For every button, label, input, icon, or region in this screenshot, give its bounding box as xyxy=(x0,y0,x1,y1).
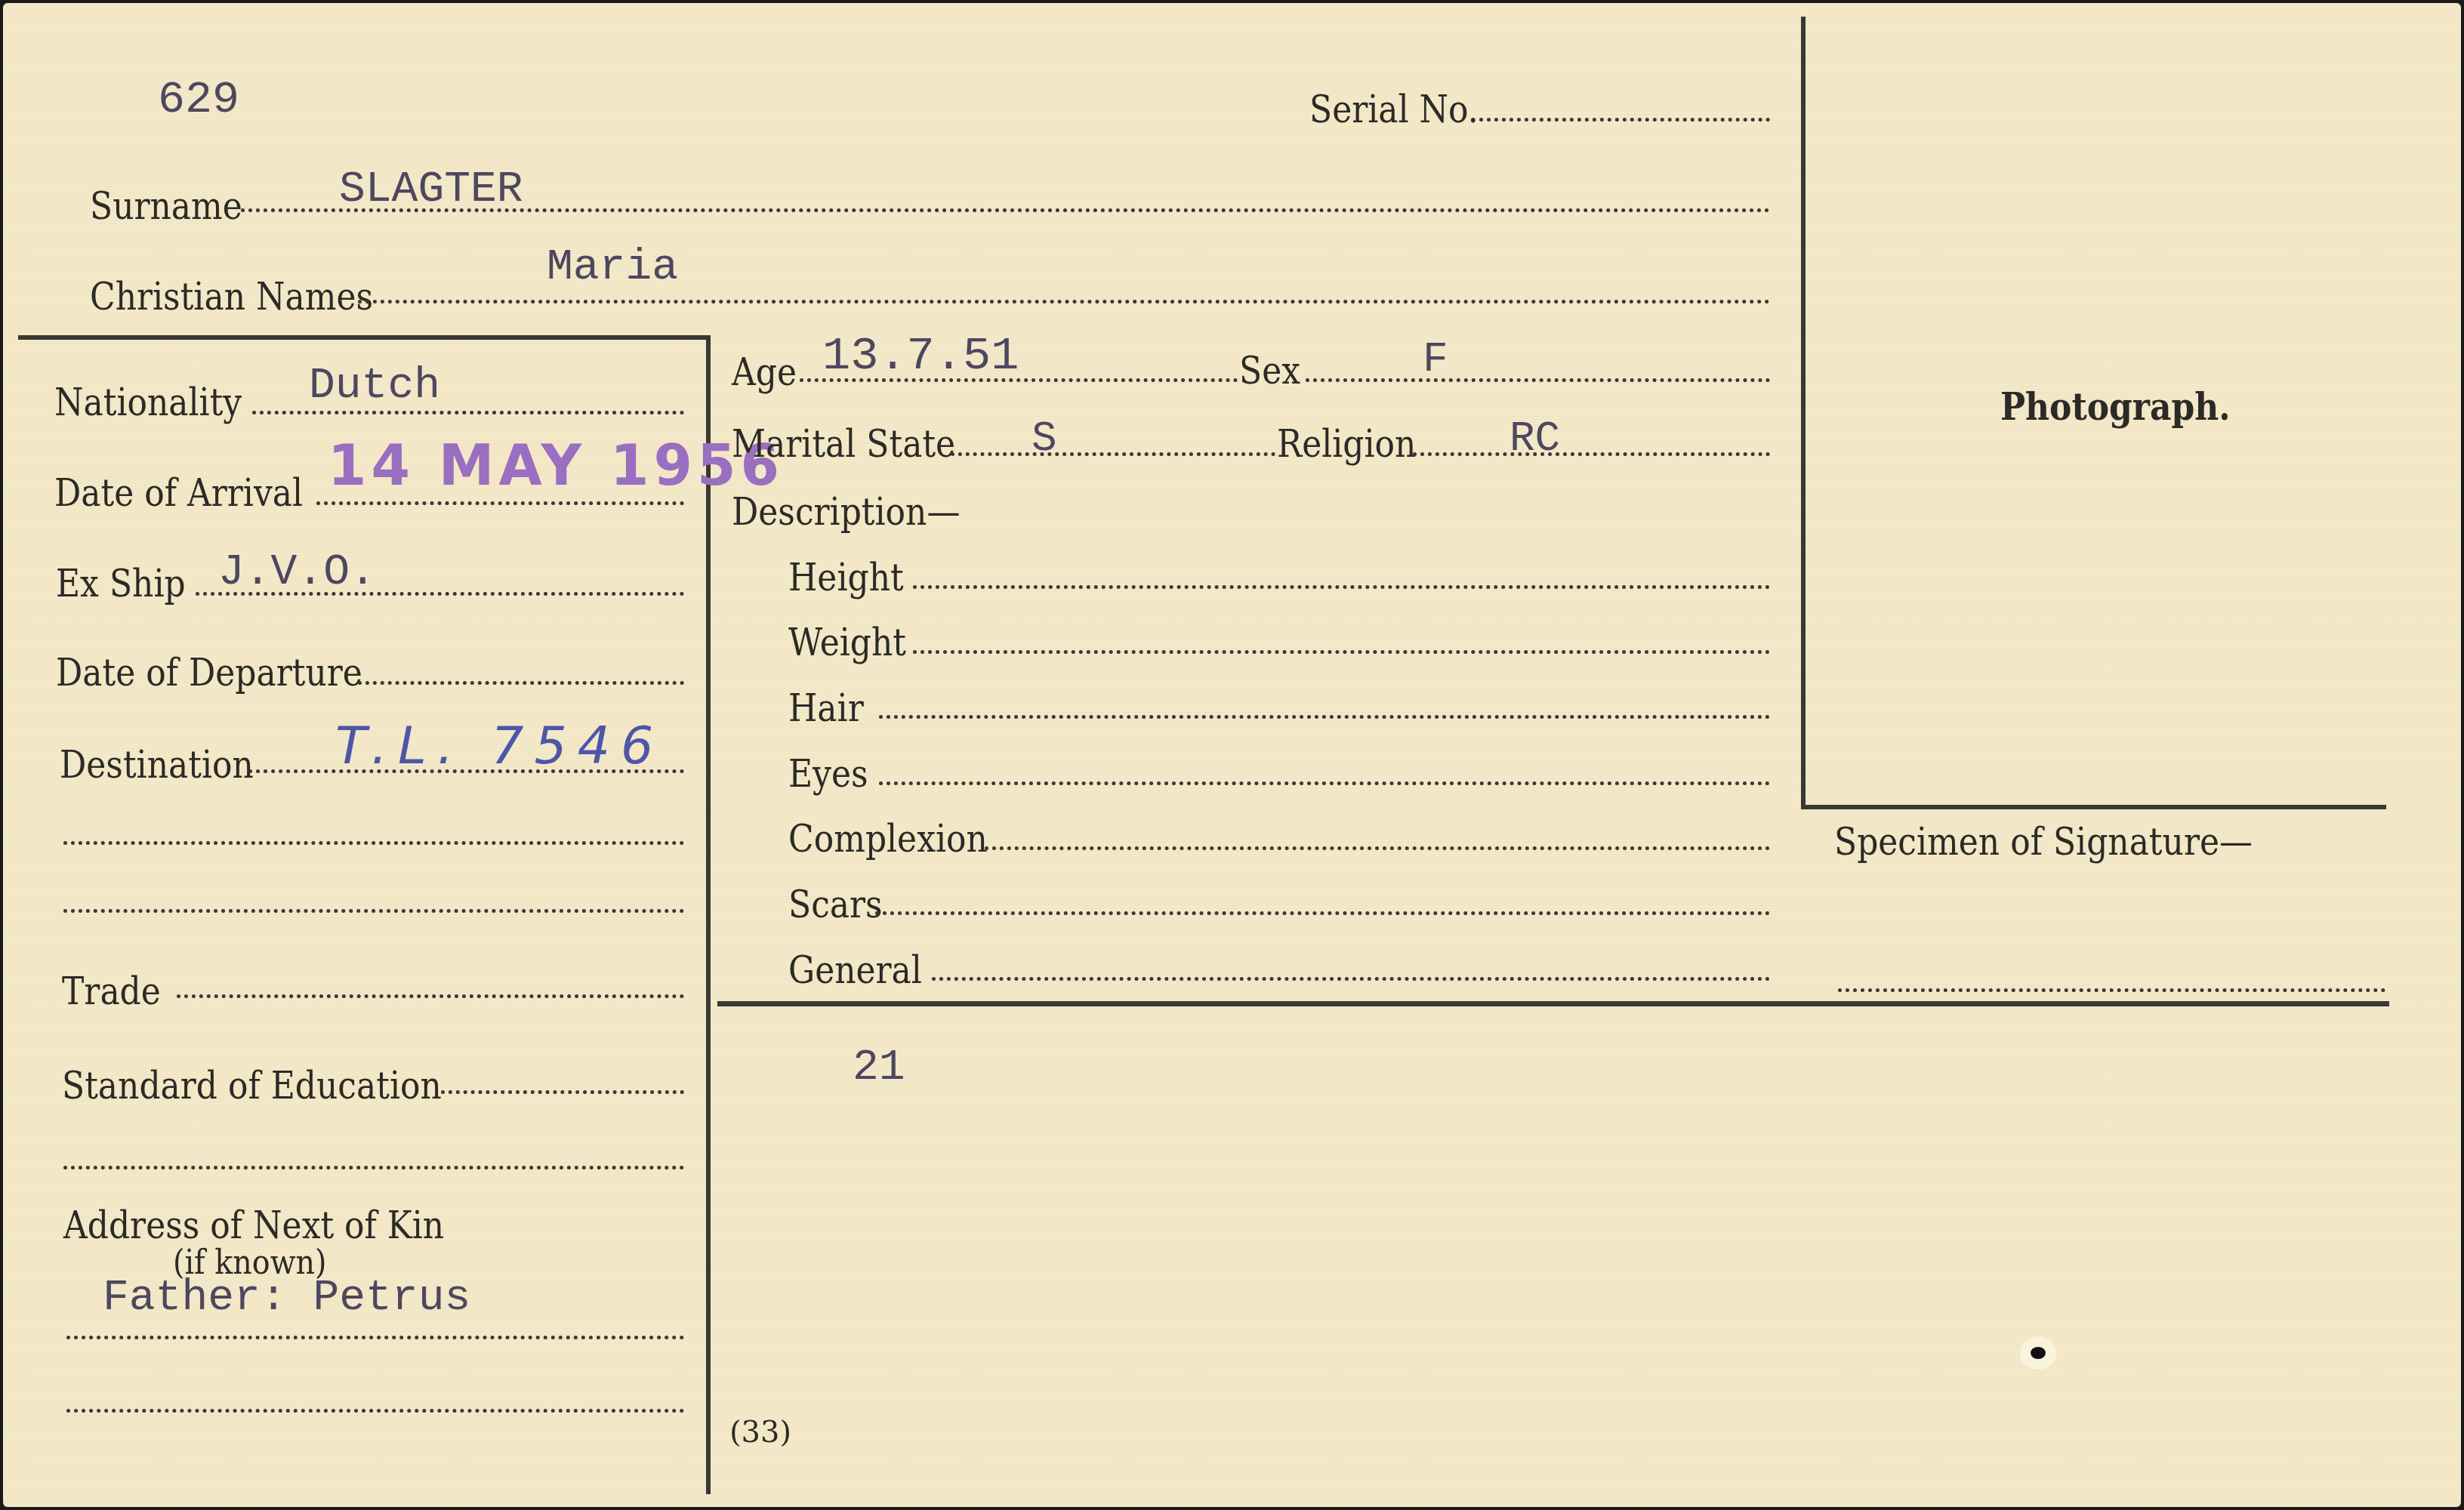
surname-value: SLAGTER xyxy=(339,165,523,214)
weight-label: Weight xyxy=(788,621,906,664)
hair-label: Hair xyxy=(788,686,864,730)
destination-value: T.L. 7546 xyxy=(335,716,664,776)
scars-field[interactable] xyxy=(875,911,1770,915)
ex-ship-label: Ex Ship xyxy=(56,562,186,606)
left-column-divider xyxy=(706,335,711,1494)
next-of-kin-field[interactable] xyxy=(66,1336,684,1339)
christian-names-field[interactable] xyxy=(358,300,1770,304)
christian-names-label: Christian Names xyxy=(90,275,373,319)
trade-field[interactable] xyxy=(177,994,684,998)
date-of-arrival-field[interactable] xyxy=(316,501,684,505)
weight-field[interactable] xyxy=(913,650,1770,654)
general-label: General xyxy=(788,948,922,992)
next-of-kin-extra-line[interactable] xyxy=(66,1409,684,1413)
header-divider xyxy=(18,335,709,340)
standard-of-education-label: Standard of Education xyxy=(62,1064,442,1108)
height-field[interactable] xyxy=(913,585,1770,589)
nationality-value: Dutch xyxy=(309,362,440,411)
general-field[interactable] xyxy=(932,977,1770,981)
form-number: (33) xyxy=(729,1415,791,1450)
date-of-departure-label: Date of Departure xyxy=(56,651,362,695)
arrival-date-stamp: 14 MAY 1956 xyxy=(328,433,784,498)
photo-box-bottom-border xyxy=(1801,805,2386,809)
signature-label: Specimen of Signature— xyxy=(1834,820,2253,864)
sex-field[interactable] xyxy=(1306,378,1770,382)
surname-field[interactable] xyxy=(241,208,1770,212)
destination-field[interactable] xyxy=(248,769,684,773)
complexion-label: Complexion xyxy=(788,817,988,861)
eyes-field[interactable] xyxy=(879,781,1770,785)
serial-no-label: Serial No. xyxy=(1309,88,1479,131)
religion-label: Religion xyxy=(1277,422,1416,466)
scars-label: Scars xyxy=(788,883,883,926)
surname-label: Surname xyxy=(90,184,242,228)
destination-label: Destination xyxy=(60,743,254,787)
sex-label: Sex xyxy=(1239,349,1300,393)
next-of-kin-label: Address of Next of Kin xyxy=(63,1203,444,1247)
photograph-area[interactable] xyxy=(1808,18,2385,803)
card-number: 629 xyxy=(158,75,239,126)
christian-names-value: Maria xyxy=(547,243,678,292)
signature-field[interactable] xyxy=(1838,988,2385,992)
date-of-departure-field[interactable] xyxy=(358,681,684,685)
standard-of-education-field[interactable] xyxy=(441,1090,684,1094)
sex-value: F xyxy=(1423,335,1448,384)
destination-extra-line-2[interactable] xyxy=(63,909,684,913)
religion-field[interactable] xyxy=(1413,452,1770,456)
note-number: 21 xyxy=(853,1043,905,1092)
age-label: Age xyxy=(732,350,797,394)
destination-extra-line-1[interactable] xyxy=(63,841,684,845)
date-of-arrival-label: Date of Arrival xyxy=(54,471,303,515)
ex-ship-field[interactable] xyxy=(196,592,684,596)
marital-state-label: Marital State xyxy=(732,422,955,466)
ex-ship-value: J.V.O. xyxy=(218,548,376,597)
photo-box-left-border xyxy=(1801,17,1806,809)
next-of-kin-value: Father: Petrus xyxy=(103,1274,470,1323)
trade-label: Trade xyxy=(62,969,161,1013)
age-value: 13.7.51 xyxy=(822,329,1019,383)
eyes-label: Eyes xyxy=(788,752,868,796)
punch-hole xyxy=(2031,1347,2046,1359)
complexion-field[interactable] xyxy=(985,846,1770,850)
hair-field[interactable] xyxy=(879,715,1770,719)
serial-no-field[interactable] xyxy=(1479,118,1770,122)
description-bottom-divider xyxy=(717,1001,2389,1006)
immigration-record-card: 629 Serial No. Surname SLAGTER Christian… xyxy=(3,3,2461,1507)
marital-state-field[interactable] xyxy=(951,452,1275,456)
height-label: Height xyxy=(788,556,904,599)
nationality-label: Nationality xyxy=(54,381,242,424)
education-extra-line[interactable] xyxy=(63,1166,684,1169)
nationality-field[interactable] xyxy=(252,411,684,414)
age-field[interactable] xyxy=(800,378,1238,382)
description-label: Description— xyxy=(732,490,960,534)
